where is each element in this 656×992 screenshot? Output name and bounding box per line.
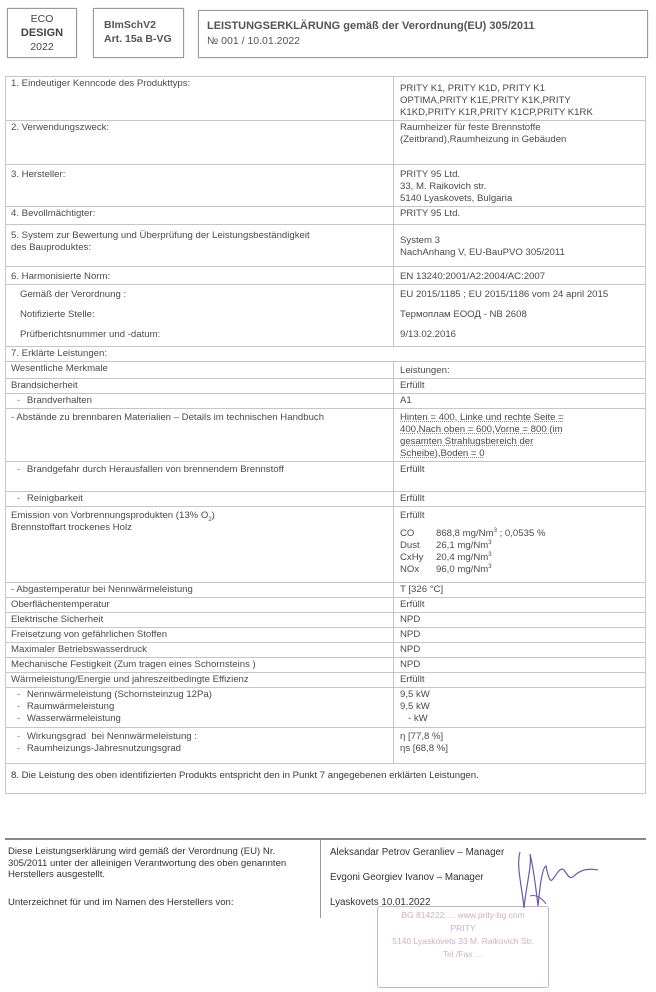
regulation-value: EU 2015/1185 ; EU 2015/1186 vom 24 april… (394, 285, 646, 305)
performance-label: Wärmeleistung/Energie und jahreszeitbedi… (6, 673, 394, 688)
company-stamp: BG 814222…. www.prity-bg.com PRITY 5140 … (377, 906, 549, 988)
system-value: System 3 (400, 235, 640, 247)
system-annex: NachAnhang V, EU-BauPVO 305/2011 (400, 247, 640, 259)
performance-label: Elektrische Sicherheit (6, 613, 394, 628)
performance-value: Erfüllt (394, 462, 646, 492)
power-output-labels: Nennwärmeleistung (Schornsteinzug 12Pa) … (6, 688, 394, 728)
section-6-sub-row: Notifizierte Stelle: Термоплам ЕООД - NB… (6, 305, 646, 325)
section-5-label: 5. System zur Bewertung und Überprüfung … (6, 225, 394, 267)
performance-value: A1 (394, 394, 646, 409)
signer-1: Aleksandar Petrov Geranliev – Manager (330, 847, 504, 858)
signer-2: Evgoni Georgiev Ivanov – Manager (330, 872, 484, 883)
section-1-row: 1. Eindeutiger Kenncode des Produkttyps:… (6, 77, 646, 121)
performance-label-text: Reinigbarkeit (26, 493, 83, 504)
emission-status: Erfüllt (400, 510, 640, 522)
performance-row: Mechanische Festigkeit (Zum tragen eines… (6, 658, 646, 673)
performance-row: Reinigbarkeit Erfüllt (6, 492, 646, 507)
performance-label: Mechanische Festigkeit (Zum tragen eines… (6, 658, 394, 673)
performance-value: Hinten = 400, Linke und rechte Seite = 4… (394, 409, 646, 462)
efficiency-row: Wirkungsgrad bei Nennwärmeleistung : Rau… (6, 728, 646, 764)
stamp-line-3: 5140 Lyaskovets 33 M. Raikovich Str. (378, 935, 548, 948)
section-2-label: 2. Verwendungszweck: (6, 121, 394, 165)
section-8-text: 8. Die Leistung des oben identifizierten… (6, 764, 646, 794)
stamp-line-4: Tel./Fax … (378, 948, 548, 961)
stamp-line-2: PRITY (378, 922, 548, 935)
section-7-header-row: 7. Erklärte Leistungen: (6, 347, 646, 362)
section-6-sub-row: Gemäß der Verordnung : EU 2015/1185 ; EU… (6, 285, 646, 305)
footer-signed-for: Unterzeichnet für und im Namen des Herst… (8, 897, 313, 909)
performance-label-text: Brandgefahr durch Herausfallen von brenn… (26, 464, 284, 475)
performance-value: Erfüllt (394, 598, 646, 613)
efficiency-values: η [77,8 %] ηs [68,8 %] (394, 728, 646, 764)
performance-value: NPD (394, 613, 646, 628)
emission-dust-value: 26,1 mg/Nm3 (436, 540, 640, 552)
seasonal-efficiency-label: Raumheizungs-Jahresnutzungsgrad (26, 743, 388, 755)
footer-separator (5, 838, 646, 840)
emission-co-extra: ; 0,0535 % (497, 528, 546, 539)
test-report-value: 9/13.02.2016 (394, 325, 646, 347)
performance-row: Elektrische Sicherheit NPD (6, 613, 646, 628)
performance-label: - Abstände zu brennbaren Materialien – D… (6, 409, 394, 462)
signature-icon (512, 846, 600, 912)
section-6-sub-row: Prüfberichtsnummer und -datum: 9/13.02.2… (6, 325, 646, 347)
section-8-row: 8. Die Leistung des oben identifizierten… (6, 764, 646, 794)
section-6-label: 6. Harmonisierte Norm: (6, 267, 394, 285)
performance-label: Oberflächentemperatur (6, 598, 394, 613)
document-title-box: LEISTUNGSERKLÄRUNG gemäß der Verordnung(… (198, 10, 648, 58)
emission-dust-number: 26,1 mg/Nm (436, 540, 488, 551)
manufacturer-name: PRITY 95 Ltd. (400, 169, 640, 181)
section-3-value: PRITY 95 Ltd. 33, M. Raikovich str. 5140… (394, 165, 646, 207)
section-5-row: 5. System zur Bewertung und Überprüfung … (6, 225, 646, 267)
performance-value: NPD (394, 643, 646, 658)
manufacturer-city: 5140 Lyaskovets, Bulgaria (400, 193, 640, 205)
emission-co-value: 868,8 mg/Nm3 ; 0,0535 % (436, 528, 640, 540)
footer-statement: Diese Leistungserklärung wird gemäß der … (8, 846, 313, 881)
performance-row: Maximaler Betriebswasserdruck NPD (6, 643, 646, 658)
document-number: № 001 / 10.01.2022 (207, 34, 647, 49)
regulation-label: Gemäß der Verordnung : (6, 285, 394, 305)
power-output-values: 9,5 kW 9,5 kW - kW (394, 688, 646, 728)
section-4-label: 4. Bevollmächtigter: (6, 207, 394, 225)
emission-label-line2: Brennstoffart trockenes Holz (11, 522, 388, 534)
efficiency-labels: Wirkungsgrad bei Nennwärmeleistung : Rau… (6, 728, 394, 764)
performance-label: Freisetzung von gefährlichen Stoffen (6, 628, 394, 643)
section-4-value: PRITY 95 Ltd. (394, 207, 646, 225)
performance-row: - Abgastemperatur bei Nennwärmeleistung … (6, 583, 646, 598)
section-2-row: 2. Verwendungszweck: Raumheizer für fest… (6, 121, 646, 165)
section-1-label: 1. Eindeutiger Kenncode des Produkttyps: (6, 77, 394, 121)
performance-value: NPD (394, 628, 646, 643)
emission-cxhy-name: CxHy (400, 552, 436, 564)
emission-label-text: Emission von Vorbrennungsprodukten (13% … (11, 510, 208, 521)
regulation-line1: BImSchV2 (104, 18, 183, 32)
emission-cxhy-value: 20,4 mg/Nm3 (436, 552, 640, 564)
water-heat-output-value: - kW (400, 713, 640, 725)
section-3-label: 3. Hersteller: (6, 165, 394, 207)
emission-nox-name: NOx (400, 564, 436, 576)
performance-row: Brandgefahr durch Herausfallen von brenn… (6, 462, 646, 492)
regulation-line2: Art. 15a B-VG (104, 32, 183, 46)
emission-label-line1: Emission von Vorbrennungsprodukten (13% … (11, 510, 388, 522)
document-title: LEISTUNGSERKLÄRUNG gemäß der Verordnung(… (207, 19, 647, 34)
performance-row: Oberflächentemperatur Erfüllt (6, 598, 646, 613)
emission-label: Emission von Vorbrennungsprodukten (13% … (6, 507, 394, 583)
emission-cxhy-sup: 3 (488, 552, 491, 558)
performance-value: Erfüllt (394, 492, 646, 507)
notified-body-label: Notifizierte Stelle: (6, 305, 394, 325)
ecodesign-line2: DESIGN (8, 26, 76, 40)
emission-values-grid: CO 868,8 mg/Nm3 ; 0,0535 % Dust 26,1 mg/… (400, 528, 640, 576)
emission-nox-sup: 3 (488, 564, 491, 570)
performance-label: Reinigbarkeit (6, 492, 394, 507)
power-output-row: Nennwärmeleistung (Schornsteinzug 12Pa) … (6, 688, 646, 728)
section-7-columns-row: Wesentliche Merkmale Leistungen: (6, 362, 646, 379)
emission-dust-sup: 3 (488, 540, 491, 546)
test-report-label: Prüfberichtsnummer und -datum: (6, 325, 394, 347)
section-3-row: 3. Hersteller: PRITY 95 Ltd. 33, M. Raik… (6, 165, 646, 207)
section-1-value: PRITY K1, PRITY K1D, PRITY K1 OPTIMA,PRI… (394, 77, 646, 121)
section-6-row: 6. Harmonisierte Norm: EN 13240:2001/A2:… (6, 267, 646, 285)
emission-row: Emission von Vorbrennungsprodukten (13% … (6, 507, 646, 583)
space-heat-output-label: Raumwärmeleistung (26, 701, 388, 713)
ecodesign-badge: ECO DESIGN 2022 (7, 8, 77, 58)
nominal-heat-output-label: Nennwärmeleistung (Schornsteinzug 12Pa) (26, 689, 388, 701)
ecodesign-year: 2022 (8, 40, 76, 54)
performance-value: T [326 °C] (394, 583, 646, 598)
emission-label-end: ) (212, 510, 215, 521)
emission-cxhy-number: 20,4 mg/Nm (436, 552, 488, 563)
performance-row: - Abstände zu brennbaren Materialien – D… (6, 409, 646, 462)
performance-row: Wärmeleistung/Energie und jahreszeitbedi… (6, 673, 646, 688)
section-6-value: EN 13240:2001/A2:2004/AC:2007 (394, 267, 646, 285)
emission-co-name: CO (400, 528, 436, 540)
water-heat-output-label: Wasserwärmeleistung (26, 713, 388, 725)
manufacturer-street: 33, M. Raikovich str. (400, 181, 640, 193)
performance-row: Freisetzung von gefährlichen Stoffen NPD (6, 628, 646, 643)
performance-value: Erfüllt (394, 673, 646, 688)
section-5-value: System 3 NachAnhang V, EU-BauPVO 305/201… (394, 225, 646, 267)
performance-label: Brandsicherheit (6, 379, 394, 394)
notified-body-value: Термоплам ЕООД - NB 2608 (394, 305, 646, 325)
performance-column-header: Leistungen: (394, 362, 646, 379)
performance-label: Maximaler Betriebswasserdruck (6, 643, 394, 658)
emission-co-number: 868,8 mg/Nm (436, 528, 494, 539)
emission-dust-name: Dust (400, 540, 436, 552)
nominal-heat-output-value: 9,5 kW (400, 689, 640, 701)
performance-label: Brandgefahr durch Herausfallen von brenn… (6, 462, 394, 492)
performance-label: Brandverhalten (6, 394, 394, 409)
declaration-table: 1. Eindeutiger Kenncode des Produkttyps:… (5, 76, 646, 794)
performance-label: - Abgastemperatur bei Nennwärmeleistung (6, 583, 394, 598)
efficiency-nominal-label: Wirkungsgrad bei Nennwärmeleistung : (26, 731, 388, 743)
section-7-label: 7. Erklärte Leistungen: (6, 347, 646, 362)
performance-row: Brandverhalten A1 (6, 394, 646, 409)
efficiency-nominal-value: η [77,8 %] (400, 731, 640, 743)
performance-row: Brandsicherheit Erfüllt (6, 379, 646, 394)
space-heat-output-value: 9,5 kW (400, 701, 640, 713)
regulation-badge: BImSchV2 Art. 15a B-VG (93, 8, 184, 58)
footer-column-divider (320, 840, 321, 918)
seasonal-efficiency-value: ηs [68,8 %] (400, 743, 640, 755)
emission-nox-value: 96,0 mg/Nm3 (436, 564, 640, 576)
ecodesign-line1: ECO (8, 12, 76, 26)
performance-label-text: Brandverhalten (26, 395, 92, 406)
emission-value: Erfüllt CO 868,8 mg/Nm3 ; 0,0535 % Dust … (394, 507, 646, 583)
performance-value: NPD (394, 658, 646, 673)
performance-value: Erfüllt (394, 379, 646, 394)
features-column-header: Wesentliche Merkmale (6, 362, 394, 379)
emission-nox-number: 96,0 mg/Nm (436, 564, 488, 575)
section-2-value: Raumheizer für feste Brennstoffe (Zeitbr… (394, 121, 646, 165)
section-4-row: 4. Bevollmächtigter: PRITY 95 Ltd. (6, 207, 646, 225)
